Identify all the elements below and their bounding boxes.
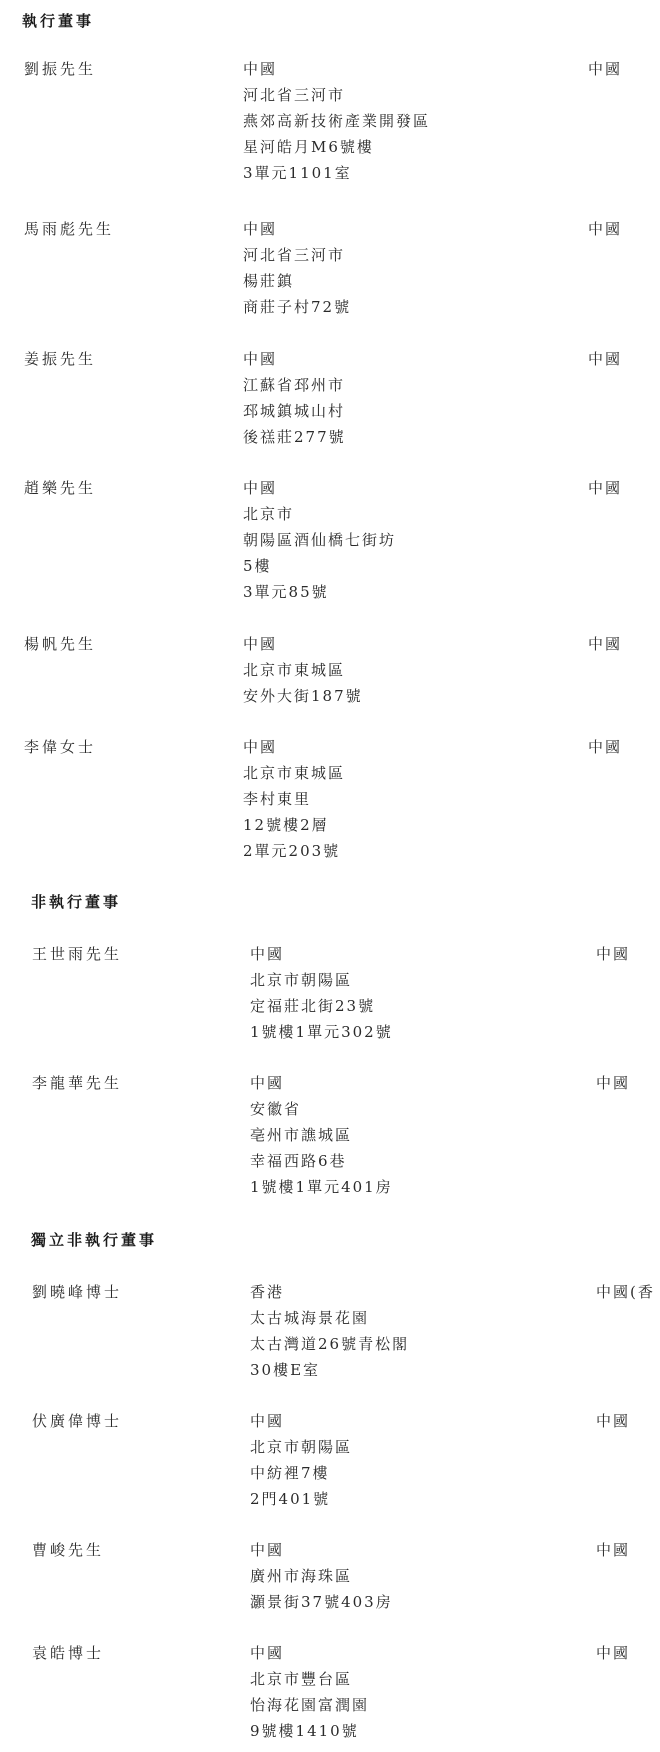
address-line: 9號樓1410號 [250, 1718, 369, 1744]
director-nationality: 中國 [596, 1408, 630, 1434]
address-line: 5樓 [243, 553, 396, 579]
director-name: 劉曉峰博士 [32, 1279, 122, 1305]
address-line: 楊莊鎮 [243, 268, 351, 294]
address-line: 灝景街37號403房 [250, 1589, 393, 1615]
director-address: 中國 河北省三河市 楊莊鎮 商莊子村72號 [243, 216, 351, 320]
director-address: 中國 北京市東城區 安外大街187號 [243, 631, 363, 709]
director-nationality: 中國 [588, 631, 622, 657]
address-line: 怡海花園富潤園 [250, 1692, 369, 1718]
address-line: 3單元85號 [243, 579, 396, 605]
director-nationality: 中國 [588, 216, 622, 242]
address-line: 朝陽區酒仙橋七街坊 [243, 527, 396, 553]
director-name: 曹峻先生 [32, 1537, 104, 1563]
director-name: 姜振先生 [24, 346, 96, 372]
address-line: 邳城鎮城山村 [243, 398, 346, 424]
director-name: 李偉女士 [24, 734, 96, 760]
address-line: 幸福西路6巷 [250, 1148, 393, 1174]
address-line: 北京市豐台區 [250, 1666, 369, 1692]
director-address: 中國 河北省三河市 燕郊高新技術產業開發區 星河皓月M6號樓 3單元1101室 [243, 56, 430, 186]
address-line: 廣州市海珠區 [250, 1563, 393, 1589]
address-line: 北京市東城區 [243, 657, 363, 683]
director-address: 中國 北京市東城區 李村東里 12號樓2層 2單元203號 [243, 734, 345, 864]
address-line: 北京市朝陽區 [250, 967, 393, 993]
director-nationality: 中國 [588, 346, 622, 372]
address-line: 中國 [243, 475, 396, 501]
director-name: 馬雨彪先生 [24, 216, 114, 242]
address-line: 安外大街187號 [243, 683, 363, 709]
director-address: 香港 太古城海景花園 太古灣道26號青松閣 30樓E室 [250, 1279, 409, 1383]
address-line: 中國 [250, 1537, 393, 1563]
address-line: 中國 [243, 346, 346, 372]
address-line: 中國 [250, 1408, 352, 1434]
address-line: 太古城海景花園 [250, 1305, 409, 1331]
director-nationality: 中國 [596, 1640, 630, 1666]
address-line: 河北省三河市 [243, 242, 351, 268]
director-address: 中國 北京市朝陽區 中紡裡7樓 2門401號 [250, 1408, 352, 1512]
director-nationality: 中國 [596, 1537, 630, 1563]
director-address: 中國 廣州市海珠區 灝景街37號403房 [250, 1537, 393, 1615]
director-nationality: 中國 [588, 475, 622, 501]
address-line: 北京市 [243, 501, 396, 527]
address-line: 中紡裡7樓 [250, 1460, 352, 1486]
address-line: 1號樓1單元302號 [250, 1019, 393, 1045]
director-name: 趙樂先生 [24, 475, 96, 501]
director-nationality: 中國 [588, 734, 622, 760]
director-nationality: 中國 [596, 1070, 630, 1096]
address-line: 亳州市譙城區 [250, 1122, 393, 1148]
address-line: 安徽省 [250, 1096, 393, 1122]
director-nationality: 中國 [596, 941, 630, 967]
director-address: 中國 安徽省 亳州市譙城區 幸福西路6巷 1號樓1單元401房 [250, 1070, 393, 1200]
address-line: 中國 [243, 631, 363, 657]
address-line: 太古灣道26號青松閣 [250, 1331, 409, 1357]
address-line: 2單元203號 [243, 838, 345, 864]
director-nationality: 中國 [588, 56, 622, 82]
address-line: 江蘇省邳州市 [243, 372, 346, 398]
director-address: 中國 北京市豐台區 怡海花園富潤園 9號樓1410號 [250, 1640, 369, 1744]
section-heading-independent-non-executive-directors: 獨立非執行董事 [31, 1229, 157, 1250]
director-nationality: 中國(香 [596, 1279, 655, 1305]
director-name: 李龍華先生 [32, 1070, 122, 1096]
address-line: 香港 [250, 1279, 409, 1305]
director-name: 王世雨先生 [32, 941, 122, 967]
address-line: 北京市朝陽區 [250, 1434, 352, 1460]
address-line: 中國 [250, 1640, 369, 1666]
address-line: 中國 [250, 1070, 393, 1096]
director-name: 劉振先生 [24, 56, 96, 82]
address-line: 定福莊北街23號 [250, 993, 393, 1019]
address-line: 燕郊高新技術產業開發區 [243, 108, 430, 134]
director-address: 中國 江蘇省邳州市 邳城鎮城山村 後禚莊277號 [243, 346, 346, 450]
address-line: 北京市東城區 [243, 760, 345, 786]
address-line: 中國 [243, 734, 345, 760]
address-line: 2門401號 [250, 1486, 352, 1512]
address-line: 中國 [243, 216, 351, 242]
address-line: 李村東里 [243, 786, 345, 812]
director-address: 中國 北京市 朝陽區酒仙橋七街坊 5樓 3單元85號 [243, 475, 396, 605]
address-line: 星河皓月M6號樓 [243, 134, 430, 160]
address-line: 3單元1101室 [243, 160, 430, 186]
director-name: 伏廣偉博士 [32, 1408, 122, 1434]
director-name: 袁皓博士 [32, 1640, 104, 1666]
address-line: 中國 [243, 56, 430, 82]
address-line: 後禚莊277號 [243, 424, 346, 450]
address-line: 12號樓2層 [243, 812, 345, 838]
director-name: 楊帆先生 [24, 631, 96, 657]
address-line: 河北省三河市 [243, 82, 430, 108]
section-heading-executive-directors: 執行董事 [22, 10, 94, 31]
address-line: 中國 [250, 941, 393, 967]
address-line: 1號樓1單元401房 [250, 1174, 393, 1200]
address-line: 30樓E室 [250, 1357, 409, 1383]
section-heading-non-executive-directors: 非執行董事 [31, 891, 121, 912]
address-line: 商莊子村72號 [243, 294, 351, 320]
director-address: 中國 北京市朝陽區 定福莊北街23號 1號樓1單元302號 [250, 941, 393, 1045]
